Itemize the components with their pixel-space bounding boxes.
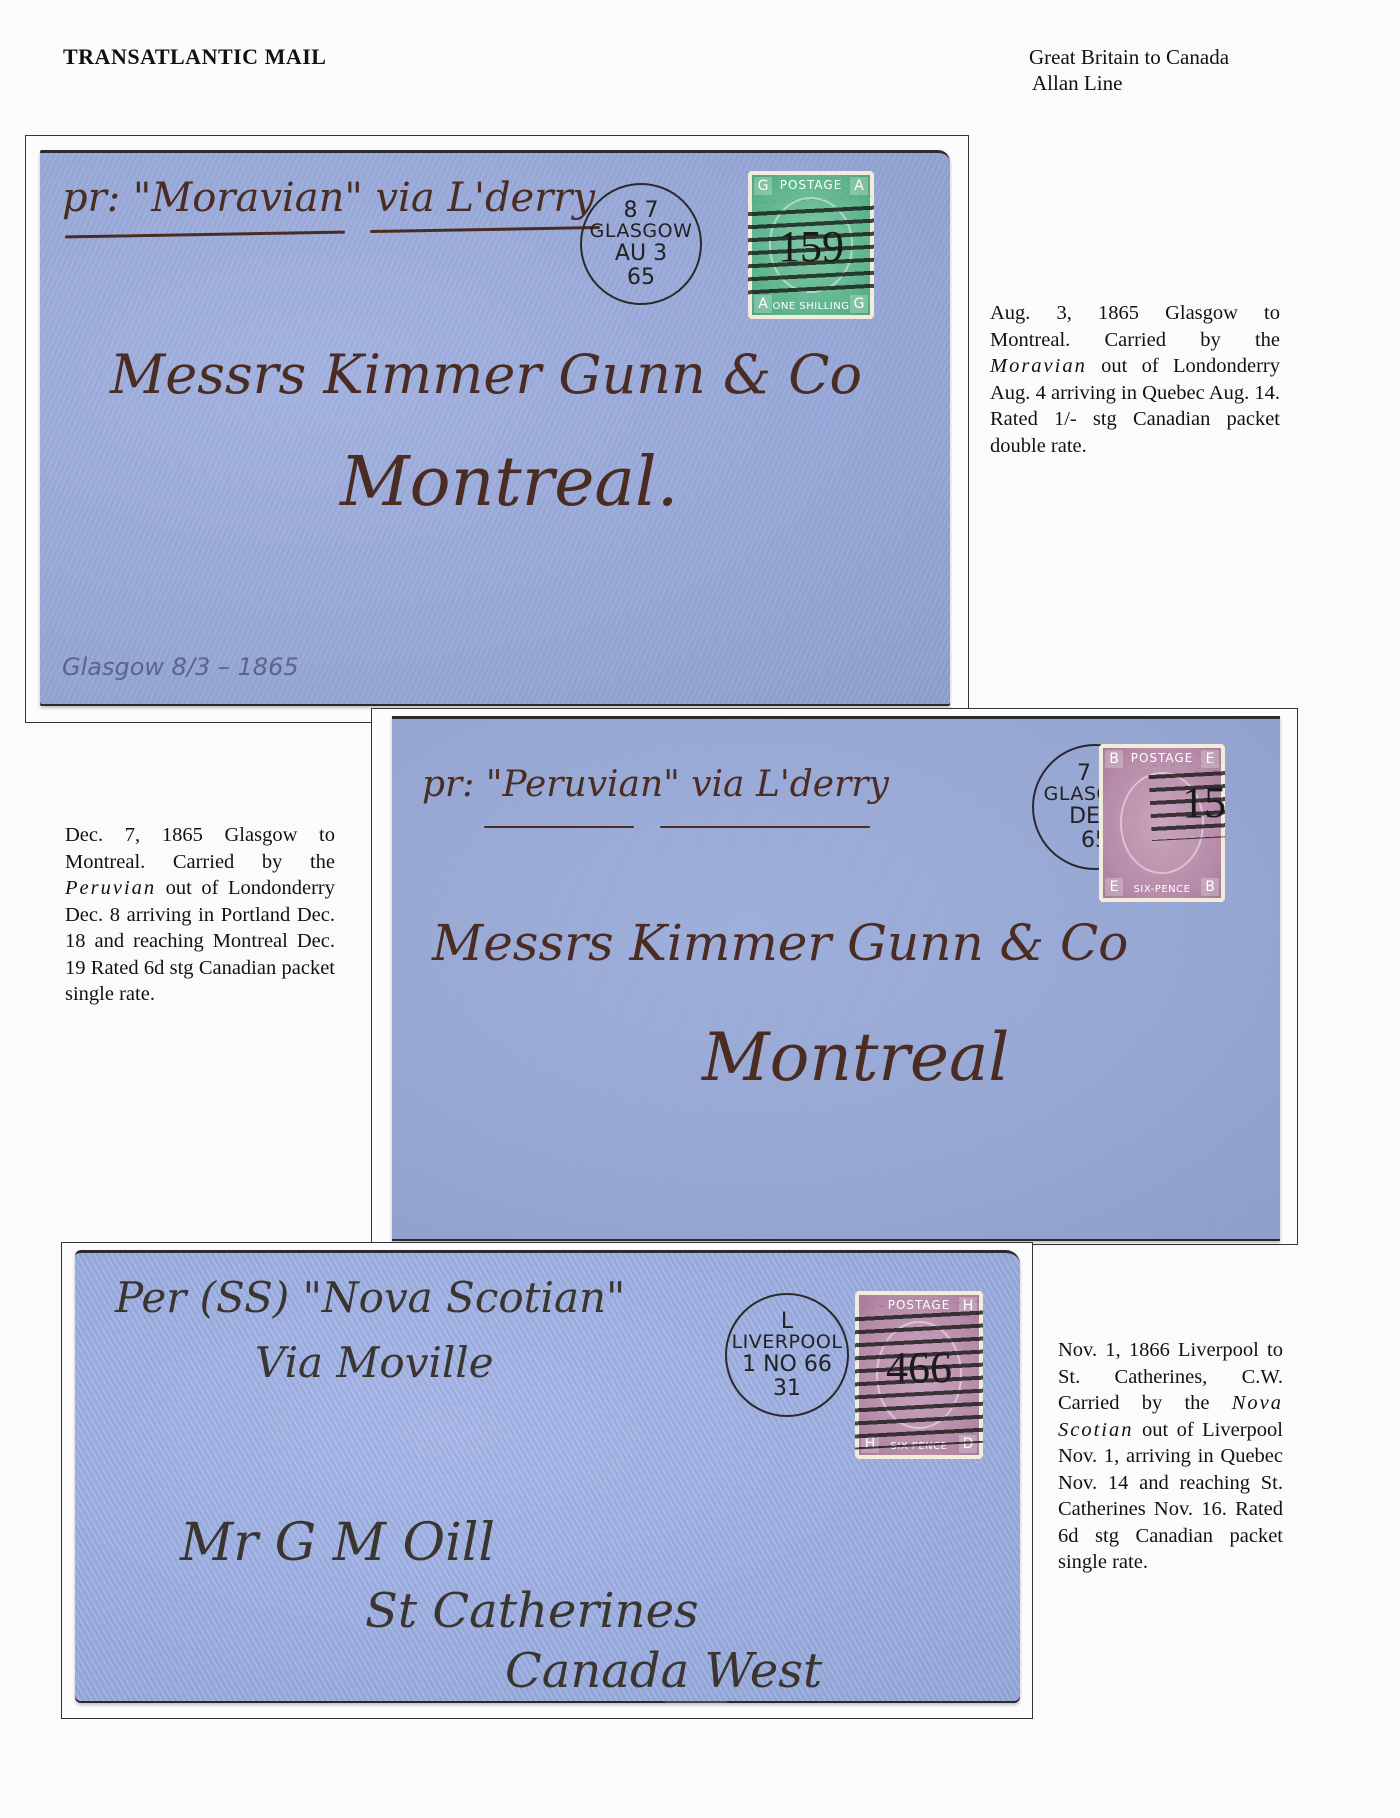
postmark-top: 8 7 <box>624 199 659 222</box>
cover-1-envelope: pr: "Moravian" via L'derry Messrs Kimmer… <box>40 150 950 706</box>
page-subtitle: Great Britain to Canada Allan Line <box>1029 44 1229 96</box>
cover-3-stamp: POSTAGE SIX-PENCE H H D 466 <box>855 1291 983 1459</box>
cover-1-underline <box>65 231 345 239</box>
cover-1-underline-2 <box>370 226 600 233</box>
cover-3-address-line3: Canada West <box>505 1643 822 1699</box>
cover-1-pencil-note: Glasgow 8/3 – 1865 <box>62 653 299 681</box>
cancel-number: 159 <box>752 225 870 269</box>
postmark-year: 31 <box>773 1377 801 1400</box>
description-rest: out of Liverpool Nov. 1, arriving in Que… <box>1058 1419 1283 1574</box>
ship-name: Peruvian <box>65 877 156 899</box>
cover-1-stamp: POSTAGE ONE SHILLING G A A G 159 <box>748 171 874 319</box>
cover-2-stamp: POSTAGE SIX-PENCE B E E B 159 <box>1099 744 1225 902</box>
cover-3-address-line2: St Catherines <box>365 1583 699 1639</box>
subtitle-route: Great Britain to Canada <box>1029 44 1229 70</box>
stamp-corner-letter: G <box>850 295 868 313</box>
cover-3-postmark: L LIVERPOOL 1 NO 66 31 <box>725 1293 849 1417</box>
stamp-corner-letter: E <box>1105 878 1123 896</box>
stamp-corner-letter: A <box>850 177 868 195</box>
subtitle-line: Allan Line <box>1029 70 1229 96</box>
postmark-town: LIVERPOOL <box>732 1333 843 1353</box>
description-lead: Dec. 7, 1865 Glasgow to Montreal. Carrie… <box>65 824 335 873</box>
page-title: TRANSATLANTIC MAIL <box>63 44 326 70</box>
cover-2-description: Dec. 7, 1865 Glasgow to Montreal. Carrie… <box>65 822 335 1008</box>
cover-2-address-line1: Messrs Kimmer Gunn & Co <box>432 914 1128 972</box>
cover-1-routing-note: pr: "Moravian" via L'derry <box>62 175 595 221</box>
cover-3-description: Nov. 1, 1866 Liverpool to St. Catherines… <box>1058 1337 1283 1576</box>
cover-2-routing-note: pr: "Peruvian" via L'derry <box>422 764 889 805</box>
cancel-number: 466 <box>859 1346 979 1390</box>
postmark-top: L <box>781 1310 793 1333</box>
postmark-year: 65 <box>627 266 655 289</box>
ship-name: Moravian <box>990 355 1087 377</box>
cover-2-underline-2 <box>660 826 870 828</box>
stamp-corner-letter: B <box>1105 750 1123 768</box>
cover-1-description: Aug. 3, 1865 Glasgow to Montreal. Carrie… <box>990 300 1280 459</box>
cover-2-underline <box>484 826 634 828</box>
stamp-corner-letter: B <box>1201 878 1219 896</box>
cover-3-envelope: Per (SS) "Nova Scotian" Via Moville Mr G… <box>75 1250 1020 1703</box>
cover-3-underline <box>665 1701 727 1703</box>
description-lead: Aug. 3, 1865 Glasgow to Montreal. Carrie… <box>990 302 1280 351</box>
cover-2-address-line2: Montreal <box>702 1019 1009 1096</box>
cover-1-postmark: 8 7 GLASGOW AU 3 65 <box>580 183 702 305</box>
cover-3-routing-note-line2: Via Moville <box>255 1338 494 1387</box>
cover-2-envelope: pr: "Peruvian" via L'derry Messrs Kimmer… <box>392 716 1280 1241</box>
cancel-number: 159 <box>1156 781 1274 825</box>
cover-3-routing-note-line1: Per (SS) "Nova Scotian" <box>115 1273 625 1322</box>
postmark-town: GLASGOW <box>590 222 693 242</box>
cover-1-address-line2: Montreal. <box>340 443 678 522</box>
cover-3-address-line1: Mr G M Oill <box>180 1513 495 1573</box>
postmark-date: 1 NO 66 <box>742 1353 832 1376</box>
cover-1-address-line1: Messrs Kimmer Gunn & Co <box>110 343 862 406</box>
postmark-date: AU 3 <box>615 242 667 265</box>
stamp-corner-letter: G <box>754 177 772 195</box>
